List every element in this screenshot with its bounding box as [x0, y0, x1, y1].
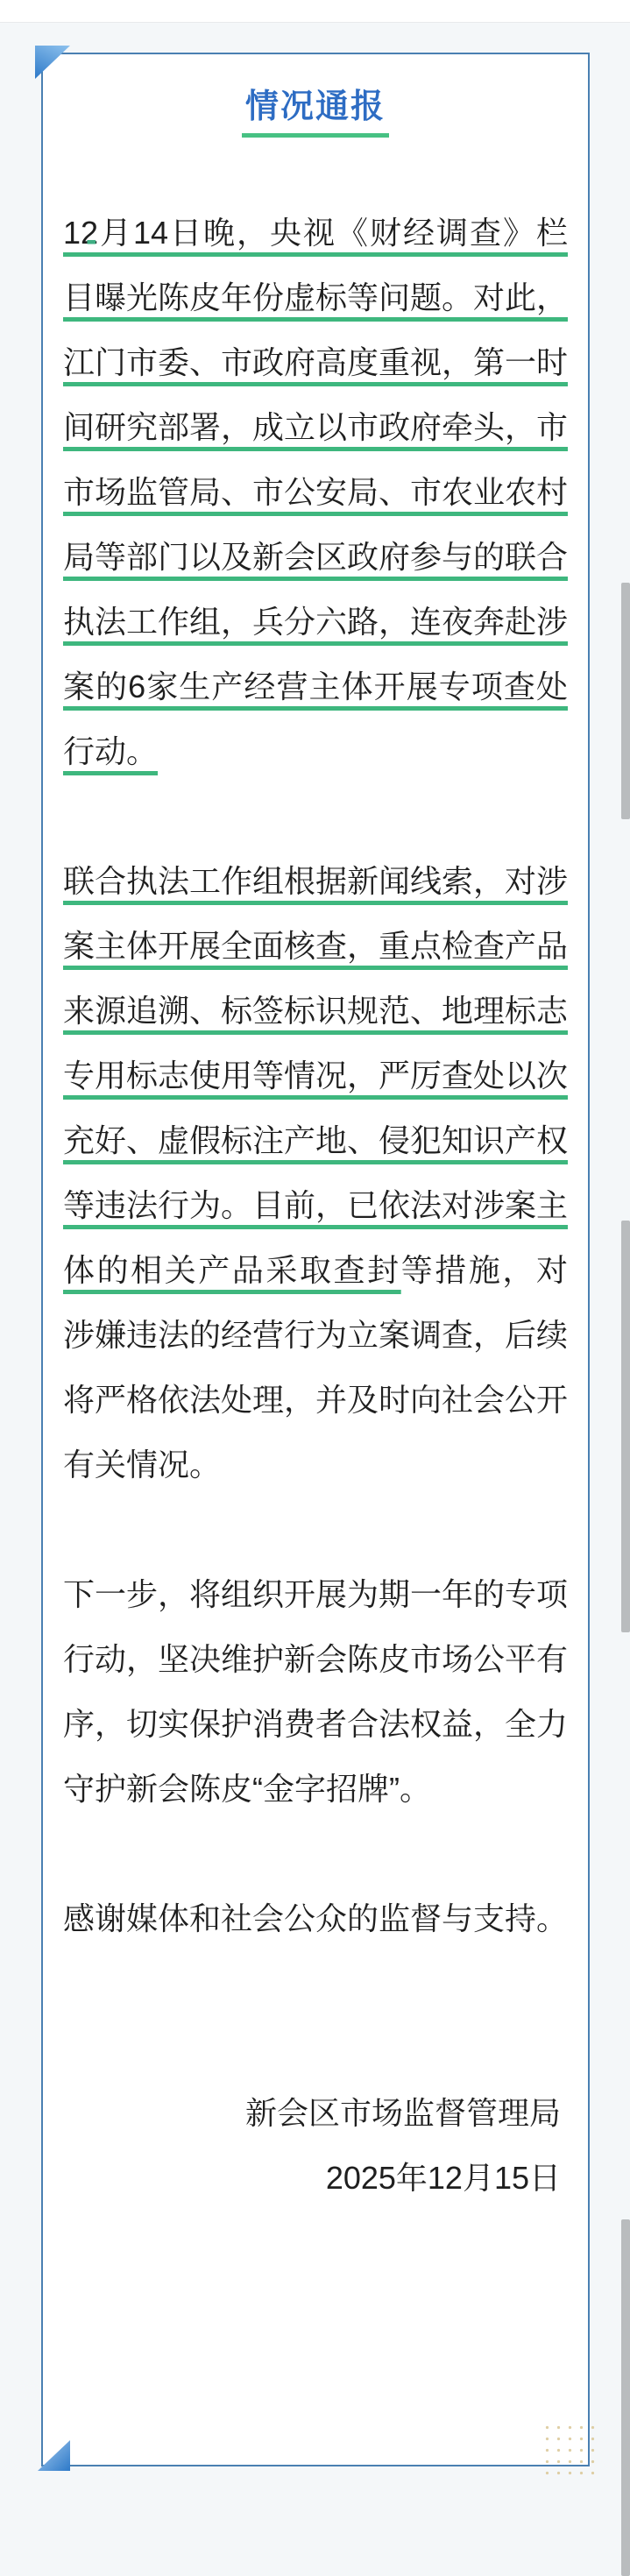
paragraph-3: 下一步，将组织开展为期一年的专项行动，坚决维护新会陈皮市场公平有序，切实保护消费… [63, 1562, 568, 1822]
notice-card-inner: 情况通报 - 12月14日晚，央视《财经调查》栏目曝光陈皮年份虚标等问题。对此，… [43, 54, 588, 2465]
paragraph-3-plain-text: 下一步，将组织开展为期一年的专项行动，坚决维护新会陈皮市场公平有序，切实保护消费… [63, 1576, 568, 1807]
signature-date: 2025年12月15日 [63, 2146, 561, 2211]
notice-card: 情况通报 - 12月14日晚，央视《财经调查》栏目曝光陈皮年份虚标等问题。对此，… [41, 53, 590, 2466]
paragraph-1: 12月14日晚，央视《财经调查》栏目曝光陈皮年份虚标等问题。对此，江门市委、市政… [63, 201, 568, 784]
paragraph-1-underlined-text: 12月14日晚，央视《财经调查》栏目曝光陈皮年份虚标等问题。对此，江门市委、市政… [63, 215, 568, 769]
signature-org: 新会区市场监督管理局 [63, 2081, 561, 2146]
paragraph-2-underlined-text: 联合执法工作组根据新闻线索，对涉案主体开展全面核查，重点检查产品来源追溯、标签标… [63, 863, 568, 1288]
scrollbar-thumb-segment-3[interactable] [621, 2219, 630, 2576]
notice-body: 12月14日晚，央视《财经调查》栏目曝光陈皮年份虚标等问题。对此，江门市委、市政… [63, 201, 568, 2211]
status-bar-strip [0, 0, 630, 23]
title-wrap: 情况通报 [63, 88, 568, 138]
paragraph-4: 感谢媒体和社会公众的监督与支持。 [63, 1886, 568, 1951]
scrollbar-thumb-segment-2[interactable] [621, 1221, 630, 1632]
dot-grid-decoration [540, 2420, 599, 2478]
stray-dash: - [86, 221, 97, 259]
scrollbar-thumb-segment-1[interactable] [621, 583, 630, 819]
page-background: { "notice": { "title": "情况通报", "stray_da… [0, 0, 630, 2576]
signature-block: 新会区市场监督管理局 2025年12月15日 [63, 2081, 568, 2211]
notice-title: 情况通报 [242, 88, 389, 138]
paragraph-2: 联合执法工作组根据新闻线索，对涉案主体开展全面核查，重点检查产品来源追溯、标签标… [63, 849, 568, 1497]
paragraph-4-plain-text: 感谢媒体和社会公众的监督与支持。 [63, 1900, 568, 1936]
